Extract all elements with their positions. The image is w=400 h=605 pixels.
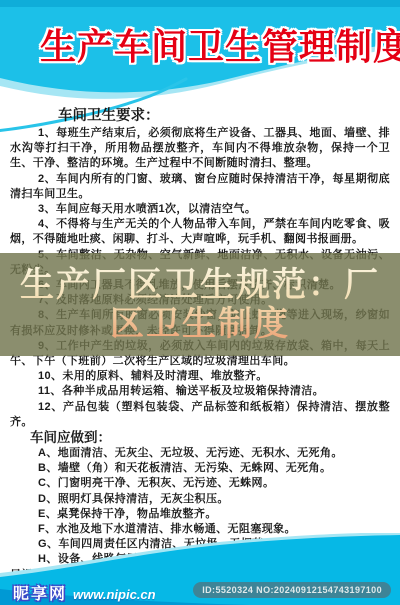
requirement-item-4: 4、不得将与生产无关的个人物品带入车间，严禁在车间内吃零食、吸烟，不得随地吐痰、… bbox=[10, 217, 390, 247]
must-do-item-a: A、地面清洁、无灰尘、无垃圾、无污迹、无积水、无死角。 bbox=[10, 446, 390, 461]
must-do-item-d: D、照明灯具保持清洁，无灰尘积压。 bbox=[10, 492, 390, 507]
watermark-site-logo: 昵享网 bbox=[13, 581, 67, 604]
must-do-item-e: E、桌凳保持干净，物品堆放整齐。 bbox=[10, 507, 390, 522]
id-badge: ID:5520324 NO:20240912154743197100 bbox=[193, 582, 391, 598]
overlay-banner: 生产厂区卫生规范：厂区卫生制度 bbox=[0, 253, 400, 356]
requirement-item-12: 12、产品包装（塑料包装袋、产品标签和纸板箱）保持清洁、摆放整齐。 bbox=[10, 400, 390, 430]
requirement-item-3: 3、车间应每天用水喷洒1次，以清洁空气。 bbox=[10, 202, 390, 217]
watermark-url: www.nipic.cn bbox=[73, 587, 156, 602]
requirement-item-2: 2、车间内所有的门窗、玻璃、窗台应随时保持清洁干净，每星期彻底清扫车间卫生。 bbox=[10, 172, 390, 202]
hygiene-poster: 生产车间卫生管理制度 车间卫生要求： 1、每班生产结束后，必须彻底将生产设备、工… bbox=[0, 0, 400, 605]
overlay-caption: 生产厂区卫生规范：厂区卫生制度 bbox=[12, 266, 388, 344]
requirement-item-11: 11、各种半成品用转运箱、输送平板及垃圾箱保持清洁。 bbox=[10, 384, 390, 399]
requirement-item-1: 1、每班生产结束后，必须彻底将生产设备、工器具、地面、墙壁、排水沟等打扫干净，所… bbox=[10, 126, 390, 172]
must-do-item-b: B、墙壁（角）和天花板清洁、无污染、无蛛网、无死角。 bbox=[10, 461, 390, 476]
poster-title: 生产车间卫生管理制度 bbox=[0, 22, 400, 72]
requirement-item-10: 10、未用的原料、辅料及时清理、堆放整齐。 bbox=[10, 369, 390, 384]
must-do-heading: 车间应做到： bbox=[10, 430, 390, 446]
watermark: 昵享网 www.nipic.cn bbox=[13, 581, 156, 604]
must-do-item-c: C、门窗明亮干净、无积灰、无污迹、无蛛网。 bbox=[10, 476, 390, 491]
requirements-heading: 车间卫生要求： bbox=[10, 106, 390, 126]
